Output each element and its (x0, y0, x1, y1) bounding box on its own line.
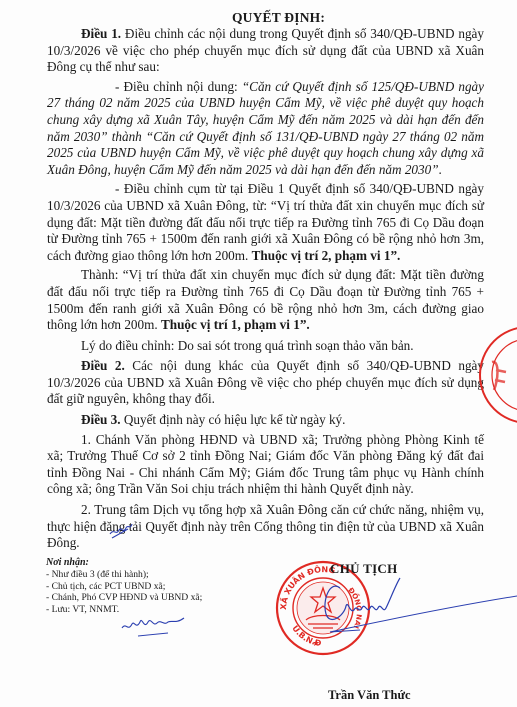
item-1-mid: thành (108, 129, 146, 144)
article-1-item-3: Thành: “Vị trí thửa đất xin chuyển mục đ… (47, 267, 484, 333)
recipients-list: Nơi nhận: - Như điều 3 (để thi hành); - … (46, 557, 202, 616)
article-1-item-1: - Điều chỉnh nội dung: “Căn cứ Quyết địn… (47, 79, 484, 179)
article-2-label: Điều 2. (81, 358, 125, 373)
item-1-end: . (439, 162, 442, 177)
signer-name: Trần Văn Thức (328, 688, 411, 703)
document-title: QUYẾT ĐỊNH: (0, 10, 517, 26)
item-2-bold: Thuộc vị trí 2, phạm vi 1”. (252, 248, 401, 263)
item-1-prefix: - Điều chỉnh nội dung: (115, 79, 242, 94)
handwritten-initial-icon (120, 612, 190, 638)
recipient-item: - Chủ tịch, các PCT UBND xã; (46, 581, 202, 593)
article-2: Điều 2. Các nội dung khác của Quyết định… (47, 358, 484, 408)
recipients-header: Nơi nhận: (46, 557, 202, 569)
article-3: Điều 3. Quyết định này có hiệu lực kể từ… (47, 412, 484, 429)
decision-page: QUYẾT ĐỊNH: Điều 1. Điều chỉnh các nội d… (0, 0, 517, 707)
article-3-point-1: 1. Chánh Văn phòng HĐND và UBND xã; Trưở… (47, 432, 484, 498)
recipient-item: - Như điều 3 (để thi hành); (46, 569, 202, 581)
article-1-item-2: - Điều chỉnh cụm từ tại Điều 1 Quyết địn… (47, 181, 484, 264)
article-1-reason: Lý do điều chỉnh: Do sai sót trong quá t… (47, 338, 484, 355)
article-3-text: Quyết định này có hiệu lực kể từ ngày ký… (121, 412, 346, 427)
signature-icon (300, 570, 517, 650)
item-3-bold: Thuộc vị trí 1, phạm vi 1”. (161, 317, 310, 332)
article-3-label: Điều 3. (81, 412, 121, 427)
edge-seal-icon (470, 320, 517, 430)
article-1: Điều 1. Điều chỉnh các nội dung trong Qu… (47, 26, 484, 76)
recipient-item: - Chánh, Phó CVP HĐND và UBND xã; (46, 592, 202, 604)
handwritten-initial-icon (108, 520, 134, 540)
article-1-label: Điều 1. (81, 26, 121, 41)
document-body: Điều 1. Điều chỉnh các nội dung trong Qu… (47, 26, 484, 555)
